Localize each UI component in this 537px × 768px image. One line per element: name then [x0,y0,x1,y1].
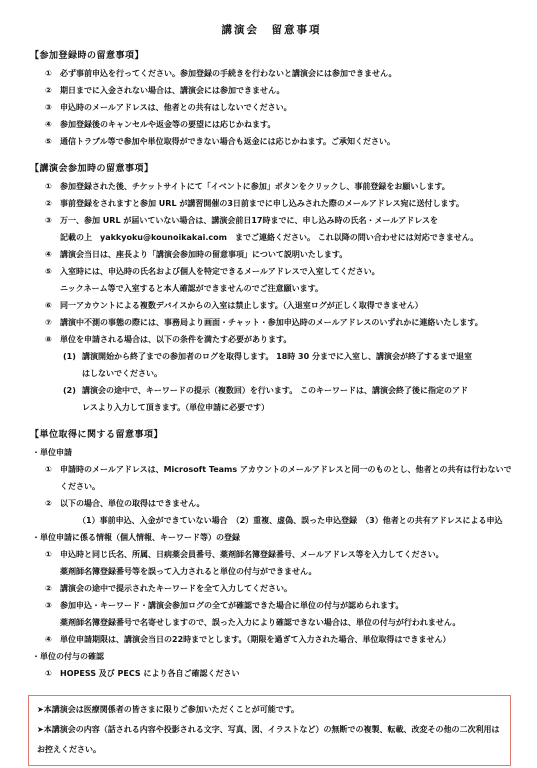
notice-box: ➤本講演会は医療関係者の皆さまに限りご参加いただくことが可能です。 ➤本講演会の… [28,695,511,766]
section-credit: 【単位取得に関する留意事項】 ・単位申請 ① 申請時のメールアドレスは、Micr… [30,427,513,682]
subsection-label: ・単位申請に係る情報（個人情報、キーワード等）の登録 [32,529,513,546]
item-text: 参加申込・キーワード・講演会参加ログの全てが確認できた場合に単位の付与が認められ… [60,597,513,631]
item-text: 申込時のメールアドレスは、他者との共有はしないでください。 [60,99,513,116]
item-number: ① [45,178,60,195]
item-number: ② [45,580,60,597]
item-text: 必ず事前申込を行ってください。参加登録の手続きを行わないと講演会には参加できませ… [60,65,513,82]
list-item: ② 期日までに入金されない場合は、講演会には参加できません。 [45,82,513,99]
item-number: ② [45,195,60,212]
list-item: ② 講演会の途中で提示されたキーワードを全て入力してください。 [45,580,513,597]
subitem-text: 講演開始から終了までの参加者のログを取得します。 18時 30 分までに入室し、… [82,348,513,382]
item-text: 万一、参加 URL が届いていない場合は、講演会前日17時までに、申し込み時の氏… [60,212,513,246]
list-item: ④ 単位申請期限は、講演会当日の22時までとします。（期限を過ぎて入力された場合… [45,631,513,648]
list-item: ③ 万一、参加 URL が届いていない場合は、講演会前日17時までに、申し込み時… [45,212,513,246]
list-item: ⑦ 講演中不測の事態の際には、事務局より画面・チャット・参加申込時のメールアドレ… [45,314,513,331]
item-number: ② [45,495,60,512]
item-number: ② [45,82,60,99]
item-text: HOPESS 及び PECS により各自ご確認ください [60,665,513,682]
sub-list-item: (1) 講演開始から終了までの参加者のログを取得します。 18時 30 分までに… [63,348,513,382]
list-item: ① HOPESS 及び PECS により各自ご確認ください [45,665,513,682]
item-number: ⑤ [45,263,60,297]
list-item: ④ 参加登録後のキャンセルや返金等の要望には応じかねます。 [45,116,513,133]
notice-line: ➤本講演会は医療関係者の皆さまに限りご参加いただくことが可能です。 [37,700,502,720]
list-item: ⑤ 通信トラブル等で参加や単位取得ができない場合も返金には応じかねます。ご承知く… [45,133,513,150]
item-text: 参加登録後のキャンセルや返金等の要望には応じかねます。 [60,116,513,133]
item-text: 同一アカウントによる複数デバイスからの入室は禁止します。（入退室ログが正しく取得… [60,297,513,314]
list-item: ① 参加登録された後、チケットサイトにて「イベントに参加」ボタンをクリックし、事… [45,178,513,195]
item-number: ⑤ [45,133,60,150]
item-number: ① [45,65,60,82]
item-number: ④ [45,631,60,648]
item-text: 参加登録された後、チケットサイトにて「イベントに参加」ボタンをクリックし、事前登… [60,178,513,195]
list-item: ⑧ 単位を申請される場合は、以下の条件を満たす必要があります。 [45,331,513,348]
subsection-label: ・単位申請 [32,444,513,461]
list-item: ② 以下の場合、単位の取得はできません。 [45,495,513,512]
subitem-text: 講演会の途中で、キーワードの提示（複数回）を行います。 このキーワードは、講演会… [82,382,513,416]
item-text: 申請時のメールアドレスは、Microsoft Teams アカウントのメールアド… [60,461,513,495]
subitem-number: (2) [63,382,82,416]
list-item: ③ 申込時のメールアドレスは、他者との共有はしないでください。 [45,99,513,116]
list-item: ④ 講演会当日は、座長より「講演会参加時の留意事項」について説明いたします。 [45,246,513,263]
item-text: 通信トラブル等で参加や単位取得ができない場合も返金には応じかねます。ご承知くださ… [60,133,513,150]
section-participation: 【講演会参加時の留意事項】 ① 参加登録された後、チケットサイトにて「イベントに… [30,161,513,416]
section-heading: 【単位取得に関する留意事項】 [30,427,513,444]
document-page: 講演会 留意事項 【参加登録時の留意事項】 ① 必ず事前申込を行ってください。参… [0,0,537,768]
item-number: ① [45,546,60,580]
item-text: 事前登録をされますと参加 URL が講習開催の3日前までに申し込みされた際のメー… [60,195,513,212]
list-item: ② 事前登録をされますと参加 URL が講習開催の3日前までに申し込みされた際の… [45,195,513,212]
item-text: 期日までに入金されない場合は、講演会には参加できません。 [60,82,513,99]
section-heading: 【講演会参加時の留意事項】 [30,161,513,178]
item-number: ① [45,665,60,682]
item-number: ⑥ [45,297,60,314]
item-number: ① [45,461,60,495]
item-number: ⑦ [45,314,60,331]
list-item: ① 申込時と同じ氏名、所属、日病薬会員番号、薬剤師名簿登録番号、メールアドレス等… [45,546,513,580]
item-number: ③ [45,597,60,631]
item-text: 単位申請期限は、講演会当日の22時までとします。（期限を過ぎて入力された場合、単… [60,631,513,648]
item-text: 単位を申請される場合は、以下の条件を満たす必要があります。 [60,331,513,348]
item-text: 申込時と同じ氏名、所属、日病薬会員番号、薬剤師名簿登録番号、メールアドレス等を入… [60,546,513,580]
item-text: 入室時には、申込時の氏名および個人を特定できるメールアドレスで入室してください。… [60,263,513,297]
item-text: 講演中不測の事態の際には、事務局より画面・チャット・参加申込時のメールアドレスの… [60,314,513,331]
subsection-label: ・単位の付与の確認 [32,648,513,665]
page-title: 講演会 留意事項 [30,22,513,39]
item-number: ④ [45,116,60,133]
item-number: ③ [45,99,60,116]
item-text: 講演会当日は、座長より「講演会参加時の留意事項」について説明いたします。 [60,246,513,263]
list-item: ⑥ 同一アカウントによる複数デバイスからの入室は禁止します。（入退室ログが正しく… [45,297,513,314]
subitem-number: (1) [63,348,82,382]
item-number: ④ [45,246,60,263]
item-text: 講演会の途中で提示されたキーワードを全て入力してください。 [60,580,513,597]
list-item: ⑤ 入室時には、申込時の氏名および個人を特定できるメールアドレスで入室してくださ… [45,263,513,297]
notice-line: ➤本講演会の内容（話される内容や投影される文字、写真、図、イラストなど）の無断で… [37,720,502,760]
item-number: ③ [45,212,60,246]
section-registration: 【参加登録時の留意事項】 ① 必ず事前申込を行ってください。参加登録の手続きを行… [30,48,513,150]
section-heading: 【参加登録時の留意事項】 [30,48,513,65]
item-number: ⑧ [45,331,60,348]
item-note: （1）事前申込、入金ができていない場合 （2）重複、虚偽、誤った申込登録 （3）… [78,512,513,529]
list-item: ③ 参加申込・キーワード・講演会参加ログの全てが確認できた場合に単位の付与が認め… [45,597,513,631]
sub-list-item: (2) 講演会の途中で、キーワードの提示（複数回）を行います。 このキーワードは… [63,382,513,416]
list-item: ① 必ず事前申込を行ってください。参加登録の手続きを行わないと講演会には参加でき… [45,65,513,82]
item-text: 以下の場合、単位の取得はできません。 [60,495,513,512]
list-item: ① 申請時のメールアドレスは、Microsoft Teams アカウントのメール… [45,461,513,495]
